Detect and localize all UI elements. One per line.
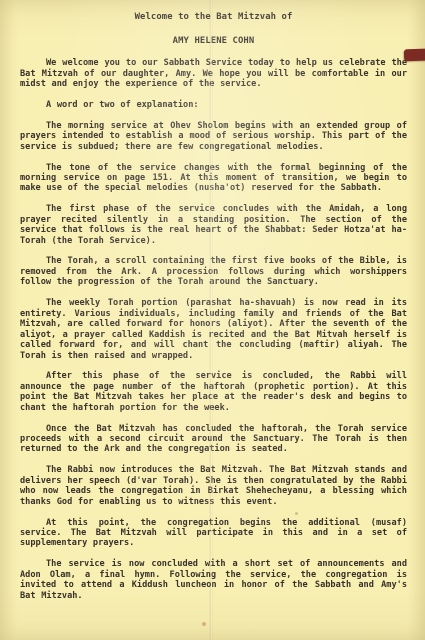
document-title: Welcome to the Bat Mitzvah of <box>20 12 407 23</box>
scanned-document-page: Welcome to the Bat Mitzvah of AMY HELENE… <box>0 0 425 640</box>
paragraph-morning-service: The morning service at Ohev Sholom begin… <box>20 121 407 152</box>
paragraph-torah-procession: The Torah, a scroll containing the first… <box>20 256 407 287</box>
paragraph-second-circuit: Once the Bat Mitzvah has concluded the h… <box>20 424 407 455</box>
paragraph-explanation-heading: A word or two of explanation: <box>20 100 407 110</box>
paragraph-rabbi-introduces: The Rabbi now introduces the Bat Mitzvah… <box>20 465 407 507</box>
paragraph-tone-of-service: The tone of the service changes with the… <box>20 163 407 194</box>
paragraph-conclusion-kiddush: The service is now concluded with a shor… <box>20 559 407 601</box>
paragraph-musaf-service: At this point, the congregation begins t… <box>20 518 407 549</box>
paragraph-weekly-torah-portion: The weekly Torah portion (parashat ha-sh… <box>20 298 407 361</box>
paragraph-welcome: We welcome you to our Sabbath Service to… <box>20 58 407 89</box>
paper-speck <box>295 512 298 515</box>
vertical-fold-crease <box>209 0 213 640</box>
red-edge-mark <box>404 49 425 62</box>
paragraph-haftorah-announce: After this phase of the service is concl… <box>20 371 407 413</box>
paper-speck <box>202 622 206 626</box>
paragraph-first-phase-amidah: The first phase of the service concludes… <box>20 204 407 246</box>
document-subtitle: AMY HELENE COHN <box>20 36 407 47</box>
